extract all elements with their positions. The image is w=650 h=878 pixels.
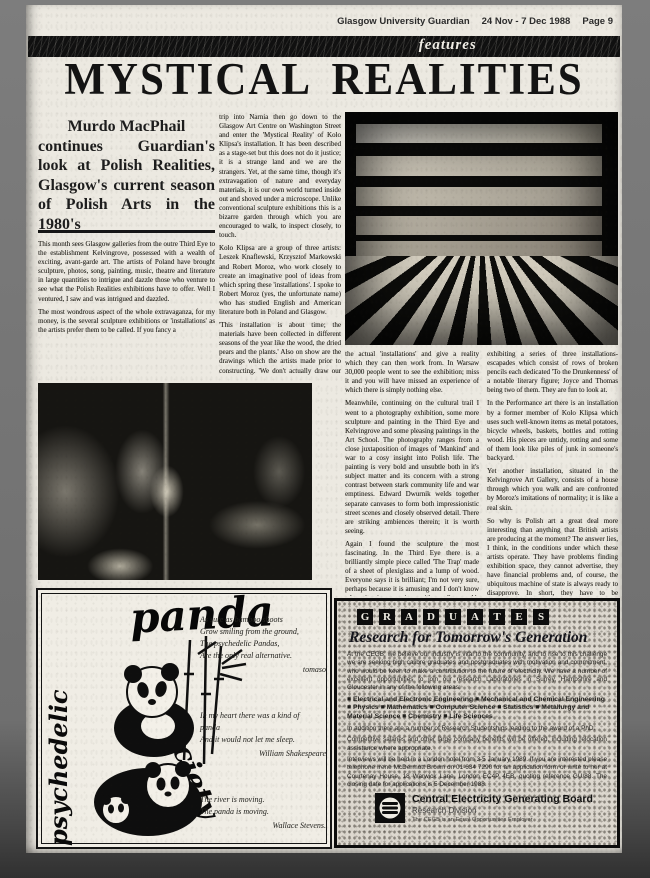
masthead-page-number: Page 9 xyxy=(582,16,613,27)
divider-rule xyxy=(38,230,215,233)
cegb-text: Central Electricity Generating Board Res… xyxy=(412,793,593,823)
ad-discipline-list: ■ Electrical and Electronic Engineering … xyxy=(347,696,607,722)
cegb-tagline: The CEGB is an Equal Opportunities Emplo… xyxy=(412,817,593,823)
article-column-3: the actual 'installations' and give a re… xyxy=(345,350,479,596)
cegb-graduates-ad: G R A D U A T E S Research for Tomorrow'… xyxy=(334,598,620,848)
letter-tile: T xyxy=(489,609,505,625)
page-headline: MYSTICAL REALITIES xyxy=(26,54,622,106)
paragraph: Kolo Klipsa are a group of three artists… xyxy=(219,244,341,317)
paragraph: Meanwhile, continuing on the cultural tr… xyxy=(345,399,479,535)
standfirst-text: continues Guardian's look at Polish Real… xyxy=(38,137,215,235)
paragraph: the actual 'installations' and give a re… xyxy=(345,350,479,395)
cegb-logo-block: Central Electricity Generating Board Res… xyxy=(375,793,607,823)
graduates-lettering: G R A D U A T E S xyxy=(357,609,607,625)
standfirst: Murdo MacPhail continues Guardian's look… xyxy=(38,117,215,234)
page: Glasgow University Guardian 24 Nov - 7 D… xyxy=(26,5,622,853)
panda-ad-word-psychedelic: psychedelic xyxy=(44,616,73,846)
cegb-logo-icon xyxy=(375,793,405,823)
panda-poem-3: The river is moving. The panda is moving… xyxy=(200,794,326,832)
installation-photo xyxy=(345,112,618,345)
poem-text: As sure as bamboo shoots Grow smiling fr… xyxy=(200,614,326,662)
letter-tile: A xyxy=(467,609,483,625)
paragraph: This month sees Glasgow galleries from t… xyxy=(38,240,215,304)
letter-tile: S xyxy=(533,609,549,625)
section-banner-label: features xyxy=(419,37,477,54)
article-column-2: trip into Narnia then go down to the Gla… xyxy=(219,113,341,377)
panda-poem-2: In my heart there was a kind of panda An… xyxy=(200,710,326,760)
cegb-division: Research Division xyxy=(412,806,593,815)
poem-attribution: tomaso xyxy=(200,664,326,676)
ad-headline: Research for Tomorrow's Generation xyxy=(349,629,607,647)
article-column-1: This month sees Glasgow galleries from t… xyxy=(38,240,215,380)
masthead-title: Glasgow University Guardian xyxy=(337,16,470,27)
paragraph: So why is Polish art a great deal more i… xyxy=(487,517,618,596)
gallery-photo xyxy=(38,383,312,580)
article-column-4: exhibiting a series of three installatio… xyxy=(487,350,618,596)
scanned-newspaper-page: Glasgow University Guardian 24 Nov - 7 D… xyxy=(0,0,650,878)
paragraph: trip into Narnia then go down to the Gla… xyxy=(219,113,341,240)
panda-poem-1: As sure as bamboo shoots Grow smiling fr… xyxy=(200,614,326,676)
letter-tile: A xyxy=(401,609,417,625)
paragraph: Again I found the sculpture the most fas… xyxy=(345,540,479,596)
poem-text: In my heart there was a kind of panda An… xyxy=(200,710,326,746)
paragraph: Yet another installation, situated in th… xyxy=(487,467,618,512)
cegb-org-name: Central Electricity Generating Board xyxy=(412,793,593,805)
paragraph: The most wondrous aspect of the whole ex… xyxy=(38,308,215,335)
paragraph: 'This installation is about time; the ma… xyxy=(219,321,341,377)
poem-attribution: Wallace Stevens. xyxy=(200,820,326,832)
masthead-date: 24 Nov - 7 Dec 1988 xyxy=(482,16,571,27)
letter-tile: G xyxy=(357,609,373,625)
author-name: Murdo MacPhail xyxy=(38,117,215,137)
panda-society-ad: panda psychedelic society xyxy=(36,588,332,849)
paragraph: In the Performance art there is an insta… xyxy=(487,399,618,463)
letter-tile: E xyxy=(511,609,527,625)
poem-text: The river is moving. The panda is moving… xyxy=(200,794,326,818)
paragraph: exhibiting a series of three installatio… xyxy=(487,350,618,395)
letter-tile: D xyxy=(423,609,439,625)
letter-tile: U xyxy=(445,609,461,625)
masthead: Glasgow University Guardian 24 Nov - 7 D… xyxy=(337,16,613,27)
ad-paragraph: At the CEGB, we believe our industry is … xyxy=(347,651,607,693)
ad-paragraph: Competitive salaries and other large com… xyxy=(347,736,607,753)
ad-paragraph: Interviews will be held in a London hote… xyxy=(347,756,607,789)
photo-vignette xyxy=(345,112,618,345)
poem-attribution: William Shakespeare xyxy=(200,748,326,760)
letter-tile: R xyxy=(379,609,395,625)
ad-paragraph: In addition there are a number of Resear… xyxy=(347,725,607,733)
